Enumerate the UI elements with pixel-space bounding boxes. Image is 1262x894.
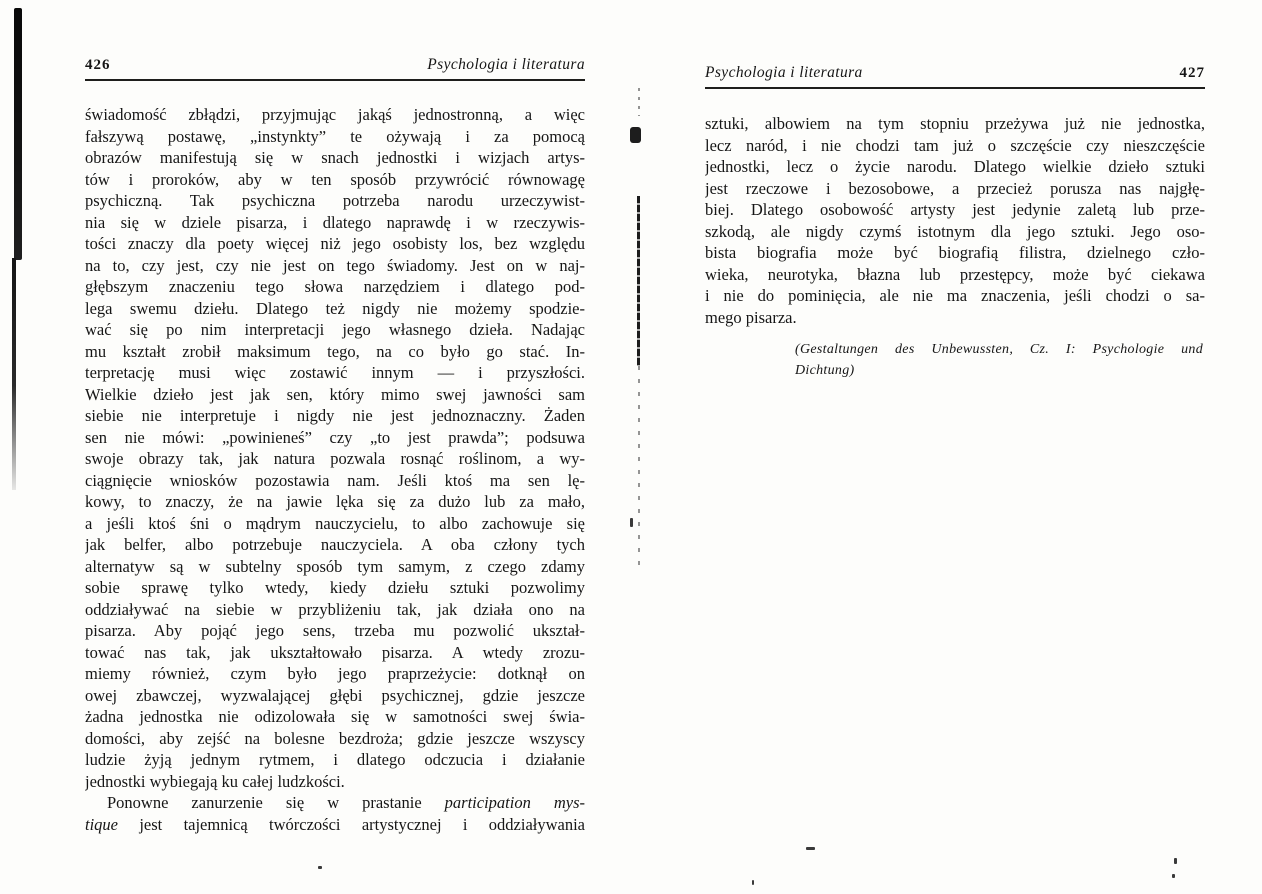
- text-segment: świadomość zbłądzi, przyjmując jakąś jed…: [85, 105, 585, 124]
- text-segment: szkodą, ale nigdy czymś istotnym dla jeg…: [705, 222, 1205, 241]
- body-line: głębszym znaczeniu tego słowa narzędziem…: [85, 276, 585, 298]
- left-page-body: świadomość zbłądzi, przyjmując jakąś jed…: [85, 104, 585, 835]
- text-segment: Ponowne zanurzenie się w prastanie: [107, 793, 445, 812]
- body-line: szkodą, ale nigdy czymś istotnym dla jeg…: [705, 221, 1205, 243]
- binding-shadow: [14, 8, 22, 260]
- text-segment: siebie nie interpretuje i nigdy nie jest…: [85, 406, 585, 425]
- body-line: i nie do pominięcia, ale nie ma znaczeni…: [705, 285, 1205, 307]
- body-line: nia się w dziele pisarza, i dlatego napr…: [85, 212, 585, 234]
- body-line: Dichtung): [795, 360, 1203, 381]
- left-page-number: 426: [85, 57, 111, 74]
- text-segment: żadna jednostka nie odizolowała się w sa…: [85, 707, 585, 726]
- gutter-fold-mark-faint: [638, 366, 640, 566]
- text-segment: a jeśli ktoś śni o mądrym nauczycielu, t…: [85, 514, 585, 533]
- text-segment: mu kształt zrobił maksimum tego, na co b…: [85, 342, 585, 361]
- text-segment: bista biografia może być biografią filis…: [705, 243, 1205, 262]
- text-segment: jest rzeczowe i bezosobowe, a przecież p…: [705, 179, 1205, 198]
- text-segment: wać się po nim interpretacji jego własne…: [85, 320, 585, 339]
- right-page-body: sztuki, albowiem na tym stopniu przeżywa…: [705, 113, 1205, 328]
- text-segment: tów i proroków, aby w ten sposób przywró…: [85, 170, 585, 189]
- right-header-rule: [705, 87, 1205, 89]
- body-line: wieka, neurotyka, błazna lub przestępcy,…: [705, 264, 1205, 286]
- scan-speck: [752, 880, 754, 885]
- text-segment: głębszym znaczeniu tego słowa narzędziem…: [85, 277, 585, 296]
- scanned-book-spread: 426 Psychologia i literatura świadomość …: [0, 0, 1262, 894]
- body-line: domości, aby zejść na bolesne bezdroża; …: [85, 728, 585, 750]
- text-segment: sen nie mówi: „powinieneś” czy „to jest …: [85, 428, 585, 447]
- body-line: Wielkie dzieło jest jak sen, który mimo …: [85, 384, 585, 406]
- body-line: kowy, to znaczy, że na jawie lęka się za…: [85, 491, 585, 513]
- binding-shadow-lower: [12, 258, 16, 490]
- left-header-rule: [85, 79, 585, 81]
- text-segment: sobie sprawę tylko wtedy, kiedy dziełu s…: [85, 578, 585, 597]
- body-line: mu kształt zrobił maksimum tego, na co b…: [85, 341, 585, 363]
- gutter-ink-blob: [630, 127, 641, 143]
- text-segment: Wielkie dzieło jest jak sen, który mimo …: [85, 385, 585, 404]
- right-page-number: 427: [1180, 65, 1206, 82]
- body-line: na to, czy jest, czy nie jest on tego św…: [85, 255, 585, 277]
- body-line: tów i proroków, aby w ten sposób przywró…: [85, 169, 585, 191]
- text-segment: jak belfer, albo potrzebuje nauczyciela.…: [85, 535, 585, 554]
- text-segment: pisarza. Aby pojąć jego sens, trzeba mu …: [85, 621, 585, 640]
- italic-text-segment: tique: [85, 815, 118, 834]
- body-line: jest rzeczowe i bezosobowe, a przecież p…: [705, 178, 1205, 200]
- body-line: jednostki wybiegają ku całej ludzkości.: [85, 771, 585, 793]
- body-line: tości znaczy dla poety więcej niż jego o…: [85, 233, 585, 255]
- body-line: swoje obrazy tak, jak natura pozwala ros…: [85, 448, 585, 470]
- body-line: alternatyw są w subtelny sposób tym samy…: [85, 556, 585, 578]
- body-line: jak belfer, albo potrzebuje nauczyciela.…: [85, 534, 585, 556]
- text-segment: oddziaływać na siebie w przybliżeniu tak…: [85, 600, 585, 619]
- scan-speck: [1174, 858, 1177, 864]
- body-line: owej zbawczej, wyzwalającej głębi psychi…: [85, 685, 585, 707]
- body-line: ludzie żyją jednym rytmem, i dlatego odc…: [85, 749, 585, 771]
- italic-text-segment: participation mys-: [445, 793, 585, 812]
- text-segment: terpretację musi więc zostawić innym — i…: [85, 363, 585, 382]
- text-segment: Dichtung): [795, 363, 854, 378]
- body-line: tique jest tajemnicą twórczości artystyc…: [85, 814, 585, 836]
- scan-speck: [630, 518, 633, 527]
- text-segment: psychiczną. Tak psychiczna potrzeba naro…: [85, 191, 585, 210]
- text-segment: swoje obrazy tak, jak natura pozwala ros…: [85, 449, 585, 468]
- body-line: bista biografia może być biografią filis…: [705, 242, 1205, 264]
- right-page: Psychologia i literatura 427 sztuki, alb…: [705, 64, 1205, 381]
- body-line: terpretację musi więc zostawić innym — i…: [85, 362, 585, 384]
- left-running-head: Psychologia i literatura: [427, 56, 585, 74]
- body-line: miemy również, czym było jego praprzeżyc…: [85, 663, 585, 685]
- scan-speck: [318, 866, 322, 869]
- text-segment: jednostki wybiegają ku całej ludzkości.: [85, 772, 345, 791]
- body-line: jednostki, lecz o życie narodu. Dlatego …: [705, 156, 1205, 178]
- text-segment: kowy, to znaczy, że na jawie lęka się za…: [85, 492, 585, 511]
- right-page-header: Psychologia i literatura 427: [705, 64, 1205, 84]
- text-segment: wieka, neurotyka, błazna lub przestępcy,…: [705, 265, 1205, 284]
- scan-speck: [1172, 874, 1175, 878]
- gutter-fold-mark-top: [638, 88, 640, 116]
- body-line: mego pisarza.: [705, 307, 1205, 329]
- body-line: sobie sprawę tylko wtedy, kiedy dziełu s…: [85, 577, 585, 599]
- body-line: lecz naród, i nie chodzi tam już o szczę…: [705, 135, 1205, 157]
- body-line: (Gestaltungen des Unbewussten, Cz. I: Ps…: [795, 339, 1203, 360]
- text-segment: tości znaczy dla poety więcej niż jego o…: [85, 234, 585, 253]
- body-line: sen nie mówi: „powinieneś” czy „to jest …: [85, 427, 585, 449]
- text-segment: (Gestaltungen des Unbewussten, Cz. I: Ps…: [795, 342, 1203, 357]
- body-line: a jeśli ktoś śni o mądrym nauczycielu, t…: [85, 513, 585, 535]
- text-segment: sztuki, albowiem na tym stopniu przeżywa…: [705, 114, 1205, 133]
- text-segment: jednostki, lecz o życie narodu. Dlatego …: [705, 157, 1205, 176]
- source-citation: (Gestaltungen des Unbewussten, Cz. I: Ps…: [795, 339, 1203, 381]
- body-line: siebie nie interpretuje i nigdy nie jest…: [85, 405, 585, 427]
- body-line: Ponowne zanurzenie się w prastanie parti…: [85, 792, 585, 814]
- text-segment: fałszywą postawę, „instynkty” te ożywają…: [85, 127, 585, 146]
- text-segment: tować nas tak, jak ukształtowało pisarza…: [85, 643, 585, 662]
- text-segment: mego pisarza.: [705, 308, 797, 327]
- body-line: ciągnięcie wniosków pozostawia nam. Jeśl…: [85, 470, 585, 492]
- left-page-header: 426 Psychologia i literatura: [85, 56, 585, 76]
- text-segment: i nie do pominięcia, ale nie ma znaczeni…: [705, 286, 1205, 305]
- scan-speck: [806, 847, 815, 850]
- body-line: obrazów manifestują się w snach jednostk…: [85, 147, 585, 169]
- body-line: żadna jednostka nie odizolowała się w sa…: [85, 706, 585, 728]
- body-line: wać się po nim interpretacji jego własne…: [85, 319, 585, 341]
- body-line: sztuki, albowiem na tym stopniu przeżywa…: [705, 113, 1205, 135]
- body-line: fałszywą postawę, „instynkty” te ożywają…: [85, 126, 585, 148]
- body-line: oddziaływać na siebie w przybliżeniu tak…: [85, 599, 585, 621]
- text-segment: owej zbawczej, wyzwalającej głębi psychi…: [85, 686, 585, 705]
- body-line: tować nas tak, jak ukształtowało pisarza…: [85, 642, 585, 664]
- text-segment: obrazów manifestują się w snach jednostk…: [85, 148, 585, 167]
- text-segment: domości, aby zejść na bolesne bezdroża; …: [85, 729, 585, 748]
- body-line: biej. Dlatego osobowość artysty jest jed…: [705, 199, 1205, 221]
- text-segment: alternatyw są w subtelny sposób tym samy…: [85, 557, 585, 576]
- text-segment: ciągnięcie wniosków pozostawia nam. Jeśl…: [85, 471, 585, 490]
- body-line: lega swemu dziełu. Dlatego też nigdy nie…: [85, 298, 585, 320]
- text-segment: biej. Dlatego osobowość artysty jest jed…: [705, 200, 1205, 219]
- body-line: pisarza. Aby pojąć jego sens, trzeba mu …: [85, 620, 585, 642]
- text-segment: miemy również, czym było jego praprzeżyc…: [85, 664, 585, 683]
- left-page: 426 Psychologia i literatura świadomość …: [85, 56, 585, 835]
- gutter-fold-mark: [637, 196, 640, 366]
- body-line: świadomość zbłądzi, przyjmując jakąś jed…: [85, 104, 585, 126]
- text-segment: lega swemu dziełu. Dlatego też nigdy nie…: [85, 299, 585, 318]
- text-segment: ludzie żyją jednym rytmem, i dlatego odc…: [85, 750, 585, 769]
- body-line: psychiczną. Tak psychiczna potrzeba naro…: [85, 190, 585, 212]
- right-running-head: Psychologia i literatura: [705, 64, 863, 82]
- text-segment: jest tajemnicą twórczości artystycznej i…: [118, 815, 585, 834]
- text-segment: na to, czy jest, czy nie jest on tego św…: [85, 256, 585, 275]
- text-segment: lecz naród, i nie chodzi tam już o szczę…: [705, 136, 1205, 155]
- text-segment: nia się w dziele pisarza, i dlatego napr…: [85, 213, 585, 232]
